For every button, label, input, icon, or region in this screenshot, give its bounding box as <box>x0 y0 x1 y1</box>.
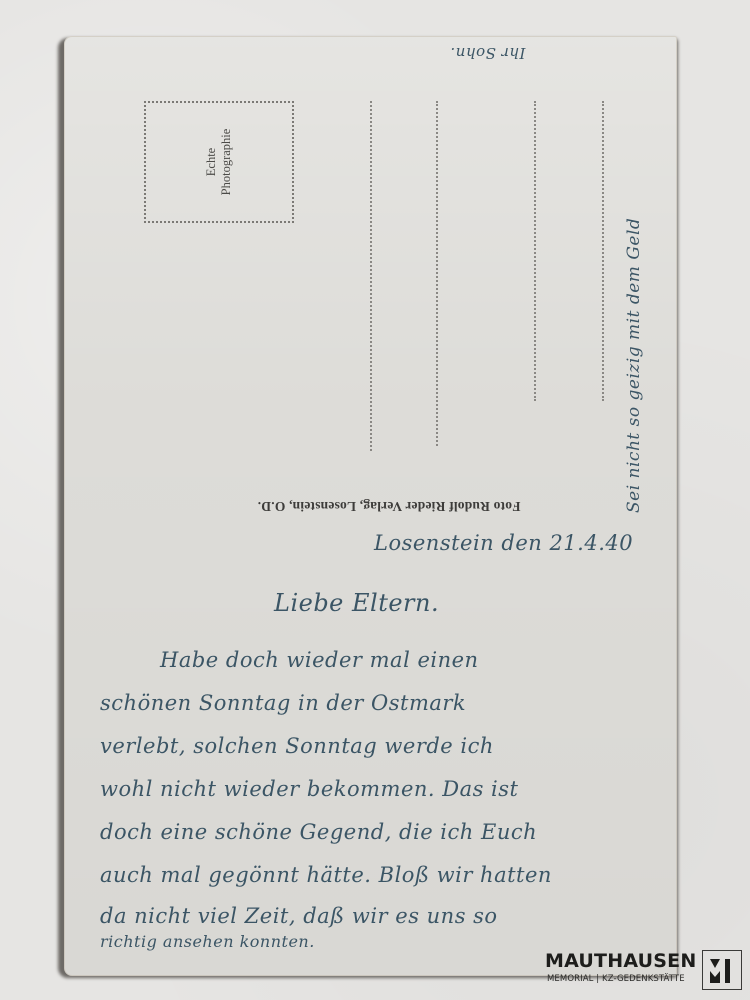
stamp-box: Echte Photographie <box>144 101 294 223</box>
address-line <box>370 101 372 451</box>
handwritten-greeting: Liebe Eltern. <box>274 589 439 617</box>
letter-line: wohl nicht wieder bekommen. Das ist <box>100 777 519 801</box>
letter-line: verlebt, solchen Sonntag werde ich <box>100 734 494 758</box>
logo-subtitle: MEMORIAL | KZ-GEDENKSTÄTTE <box>547 974 685 984</box>
stamp-label: Echte Photographie <box>204 129 234 196</box>
address-line <box>602 101 604 401</box>
stamp-label-line2: Photographie <box>219 129 234 196</box>
logo-title: MAUTHAUSEN <box>545 950 696 972</box>
letter-line: da nicht viel Zeit, daß wir es uns so <box>100 904 498 928</box>
handwritten-side-note: Sei nicht so geizig mit dem Geld <box>624 43 644 513</box>
address-line <box>436 101 438 446</box>
handwritten-signoff: Ihr Sohn. <box>450 44 525 62</box>
letter-line: Habe doch wieder mal einen <box>160 648 479 672</box>
letter-line: schönen Sonntag in der Ostmark <box>100 691 466 715</box>
postcard: Echte Photographie Foto Rudolf Rieder Ve… <box>64 36 677 976</box>
letter-line: doch eine schöne Gegend, die ich Euch <box>100 820 537 844</box>
address-line <box>534 101 536 401</box>
m-logo-icon <box>702 950 742 990</box>
handwritten-place-date: Losenstein den 21.4.40 <box>374 531 633 555</box>
letter-line: auch mal gegönnt hätte. Bloß wir hatten <box>100 863 552 887</box>
mauthausen-memorial-logo: MAUTHAUSEN MEMORIAL | KZ-GEDENKSTÄTTE <box>545 950 745 996</box>
letter-line: richtig ansehen konnten. <box>100 932 315 951</box>
stamp-label-line1: Echte <box>204 129 219 196</box>
publisher-imprint: Foto Rudolf Rieder Verlag, Losenstein, O… <box>214 498 564 514</box>
